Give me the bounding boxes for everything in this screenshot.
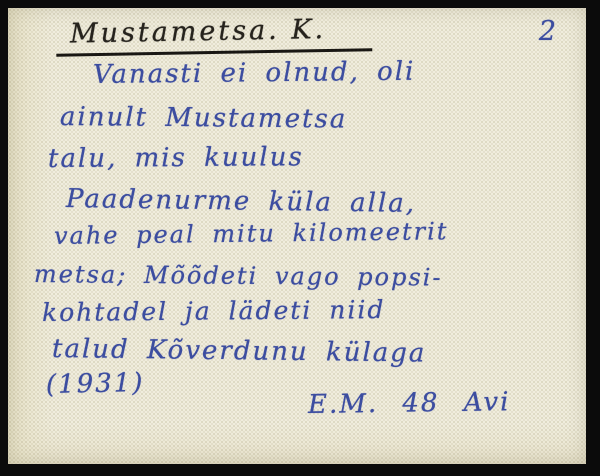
handwritten-note-card: Mustametsa. K. 2 Vanasti ei olnud, oli a…	[8, 8, 586, 464]
handwritten-line: metsa; Mõõdeti vago popsi-	[34, 260, 443, 292]
handwritten-line: vahe peal mitu kilomeetrit	[54, 217, 449, 250]
note-title-underline: Mustametsa. K.	[56, 13, 373, 57]
handwritten-line: (1931)	[46, 368, 145, 400]
handwritten-line: ainult Mustametsa	[60, 102, 348, 135]
handwritten-line: talu, mis kuulus	[48, 142, 304, 174]
note-title: Mustametsa. K.	[56, 13, 373, 57]
scan-frame: Mustametsa. K. 2 Vanasti ei olnud, oli a…	[0, 0, 600, 476]
handwritten-line: Paadenurme küla alla,	[66, 184, 416, 219]
signature: E.M. 48 Avi	[308, 387, 511, 420]
handwritten-line: talud Kõverdunu külaga	[52, 334, 427, 369]
handwritten-line: kohtadel ja lädeti niid	[42, 295, 386, 327]
handwritten-line: Vanasti ei olnud, oli	[93, 57, 416, 90]
page-number: 2	[539, 16, 556, 47]
